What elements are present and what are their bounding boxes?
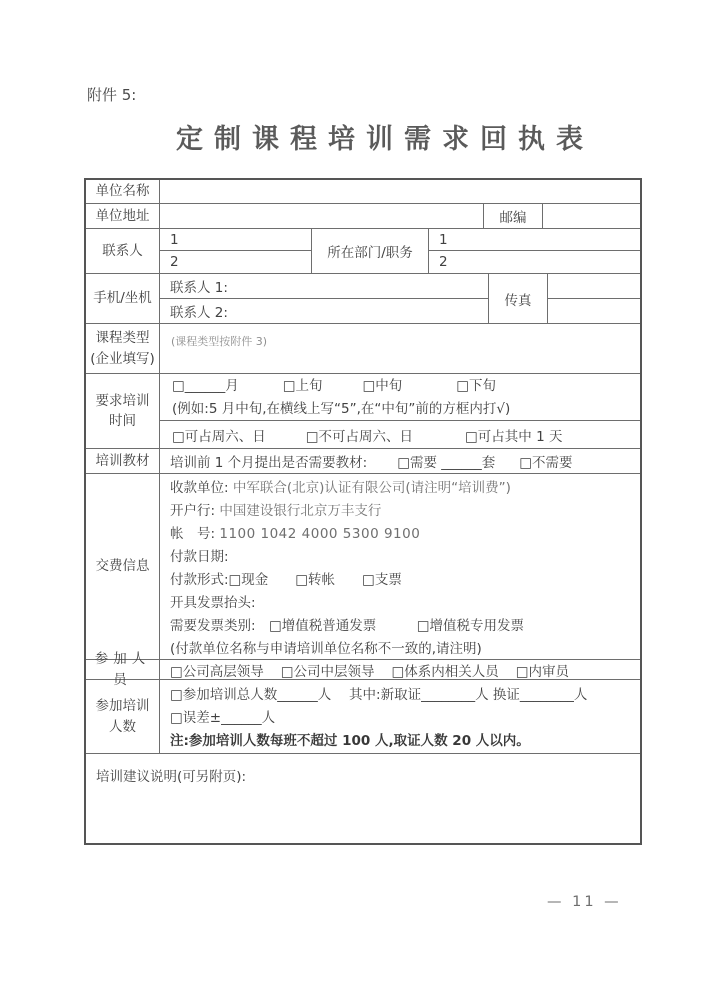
course-type-label: 课程类型 (企业填写) — [86, 324, 160, 373]
contact-1-number: 1 — [160, 229, 311, 251]
form-table: 单位名称 单位地址 邮编 联系人 1 2 所在部门/职务 1 2 手机/坐机 — [84, 178, 642, 845]
payment-note-line: (付款单位名称与申请培训单位名称不一致的,请注明) — [170, 638, 640, 661]
row-contact: 联系人 1 2 所在部门/职务 1 2 — [86, 229, 640, 274]
course-type-value-cell: (课程类型按附件 3) — [160, 324, 640, 373]
materials-content: 培训前 1 个月提出是否需要教材: □需要 ______套 □不需要 — [160, 449, 640, 473]
trainee-error-line: □误差±______人 — [170, 707, 640, 730]
department-values-cell: 1 2 — [429, 229, 640, 273]
row-phone: 手机/坐机 联系人 1: 联系人 2: 传真 — [86, 274, 640, 324]
phone-label: 手机/坐机 — [86, 274, 160, 323]
payment-bank-line: 开户行: 中国建设银行北京万丰支行 — [170, 500, 640, 523]
checkbox-weekend-ok: □可占周六、日 — [172, 425, 266, 445]
invoice-title-line: 开具发票抬头: — [170, 592, 640, 615]
trainee-count-label: 参加培训 人数 — [86, 680, 160, 753]
checkbox-middle-leaders: □公司中层领导 — [281, 660, 375, 680]
checkbox-mid-month: □中旬 — [363, 378, 403, 394]
row-payment: 交费信息 收款单位: 中军联合(北京)认证有限公司(请注明“培训费”) 开户行:… — [86, 474, 640, 660]
department-1-number: 1 — [429, 229, 640, 251]
department-title: 所在部门/职务 — [312, 229, 429, 273]
phone-lines-cell: 联系人 1: 联系人 2: — [160, 274, 489, 323]
trainee-count-content: □参加培训总人数______人 其中:新取证________人 换证______… — [160, 680, 640, 753]
payment-bank-value: 中国建设银行北京万丰支行 — [219, 503, 381, 519]
unit-name-label: 单位名称 — [86, 180, 160, 203]
payment-content: 收款单位: 中军联合(北京)认证有限公司(请注明“培训费”) 开户行: 中国建设… — [160, 474, 640, 659]
payment-payee-value: 中军联合(北京)认证有限公司(请注明“培训费”) — [233, 480, 511, 496]
trainee-total-line: □参加培训总人数______人 其中:新取证________人 换证______… — [170, 684, 640, 707]
payment-payee-line: 收款单位: 中军联合(北京)认证有限公司(请注明“培训费”) — [170, 477, 640, 500]
fax-value-bottom — [548, 299, 640, 324]
department-2-number: 2 — [429, 251, 640, 273]
trainee-count-label-line2: 人数 — [109, 717, 136, 737]
row-course-type: 课程类型 (企业填写) (课程类型按附件 3) — [86, 324, 640, 374]
payment-payee-label: 收款单位: — [170, 480, 229, 496]
row-unit-address: 单位地址 邮编 — [86, 204, 640, 229]
suggestion-label: 培训建议说明(可另附页): — [86, 754, 640, 843]
payment-bank-label: 开户行: — [170, 503, 215, 519]
course-type-note: (课程类型按附件 3) — [160, 324, 640, 349]
fax-label: 传真 — [489, 274, 548, 323]
materials-label: 培训教材 — [86, 449, 160, 473]
training-time-label-line1: 要求培训 — [96, 391, 150, 411]
course-type-label-line2: (企业填写) — [90, 349, 155, 369]
payment-account-line: 帐 号: 1100 1042 4000 5300 9100 — [170, 523, 640, 546]
payment-account-label: 帐 号: — [170, 526, 215, 542]
row-participants: 参加人员 □公司高层领导 □公司中层领导 □体系内相关人员 □内审员 — [86, 660, 640, 680]
checkbox-need: □需要 ______套 — [397, 451, 495, 471]
phone-contact2-label: 联系人 2: — [160, 299, 488, 324]
unit-address-value — [160, 204, 484, 228]
payment-label: 交费信息 — [86, 474, 160, 659]
phone-contact1-label: 联系人 1: — [160, 274, 488, 299]
checkbox-late-month: □下旬 — [456, 378, 496, 394]
participants-label: 参加人员 — [86, 660, 160, 679]
unit-name-value — [160, 180, 640, 203]
checkbox-system-staff: □体系内相关人员 — [392, 660, 499, 680]
contact-label: 联系人 — [86, 229, 160, 273]
contact-names-cell: 1 2 — [160, 229, 312, 273]
row-trainee-count: 参加培训 人数 □参加培训总人数______人 其中:新取证________人 … — [86, 680, 640, 754]
training-time-label: 要求培训 时间 — [86, 374, 160, 448]
materials-question: 培训前 1 个月提出是否需要教材: — [170, 451, 367, 471]
row-suggestion: 培训建议说明(可另附页): — [86, 754, 640, 843]
training-time-content: □______月□上旬□中旬□下旬 (例如:5 月中旬,在横线上写“5”,在“中… — [160, 374, 640, 448]
training-time-options-line: □______月□上旬□中旬□下旬 — [172, 375, 640, 398]
document-page: 附件 5: 定制课程培训需求回执表 单位名称 单位地址 邮编 联系人 1 2 所… — [0, 0, 710, 997]
postcode-label: 邮编 — [484, 204, 543, 228]
page-number: — 11 — — [547, 894, 622, 910]
checkbox-senior-leaders: □公司高层领导 — [170, 660, 264, 680]
checkbox-internal-auditor: □内审员 — [516, 660, 569, 680]
contact-2-number: 2 — [160, 251, 311, 273]
trainee-count-label-line1: 参加培训 — [96, 696, 150, 716]
invoice-type-line: 需要发票类别: □增值税普通发票 □增值税专用发票 — [170, 615, 640, 638]
training-time-month-block: □______月□上旬□中旬□下旬 (例如:5 月中旬,在横线上写“5”,在“中… — [160, 374, 640, 421]
training-time-weekend-line: □可占周六、日□不可占周六、日□可占其中 1 天 — [160, 421, 640, 448]
row-unit-name: 单位名称 — [86, 180, 640, 204]
participants-options: □公司高层领导 □公司中层领导 □体系内相关人员 □内审员 — [160, 660, 640, 679]
checkbox-no-need: □不需要 — [519, 451, 572, 471]
training-time-label-line2: 时间 — [109, 411, 136, 431]
row-training-time: 要求培训 时间 □______月□上旬□中旬□下旬 (例如:5 月中旬,在横线上… — [86, 374, 640, 449]
attachment-label: 附件 5: — [87, 84, 136, 105]
page-title: 定制课程培训需求回执表 — [176, 117, 594, 156]
checkbox-one-day: □可占其中 1 天 — [465, 425, 562, 445]
payment-date-line: 付款日期: — [170, 546, 640, 569]
checkbox-month: □______月 — [172, 378, 239, 394]
postcode-value — [543, 204, 640, 228]
fax-values-cell — [548, 274, 640, 323]
payment-account-number: 1100 1042 4000 5300 9100 — [219, 526, 420, 542]
row-materials: 培训教材 培训前 1 个月提出是否需要教材: □需要 ______套 □不需要 — [86, 449, 640, 474]
fax-value-top — [548, 274, 640, 299]
checkbox-weekend-no: □不可占周六、日 — [306, 425, 413, 445]
trainee-note: 注:参加培训人数每班不超过 100 人,取证人数 20 人以内。 — [170, 730, 640, 753]
unit-address-label: 单位地址 — [86, 204, 160, 228]
payment-method-line: 付款形式:□现金 □转帐 □支票 — [170, 569, 640, 592]
training-time-example: (例如:5 月中旬,在横线上写“5”,在“中旬”前的方框内打√) — [172, 398, 640, 421]
checkbox-early-month: □上旬 — [283, 378, 323, 394]
course-type-label-line1: 课程类型 — [96, 328, 150, 348]
